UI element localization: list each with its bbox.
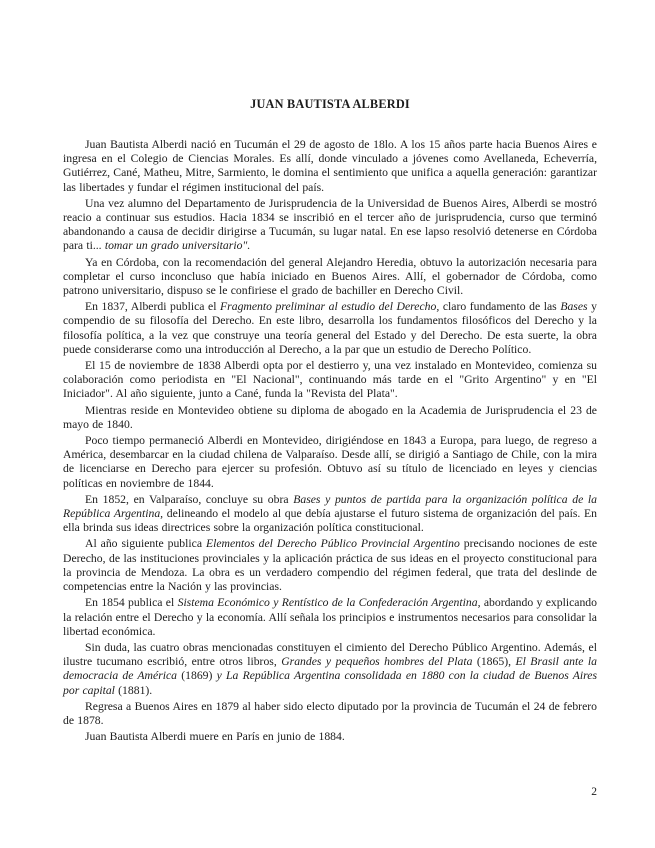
text-run: En 1854 publica el [85,596,178,609]
italic-text-run: Bases [560,300,587,313]
text-run: Al año siguiente publica [85,537,206,550]
paragraph: Al año siguiente publica Elementos del D… [63,537,597,594]
paragraph: En 1837, Alberdi publica el Fragmento pr… [63,300,597,357]
text-run: Regresa a Buenos Aires en 1879 al haber … [63,700,597,727]
paragraph: Una vez alumno del Departamento de Juris… [63,197,597,254]
paragraph: Juan Bautista Alberdi muere en París en … [63,730,597,744]
paragraph: El 15 de noviembre de 1838 Alberdi opta … [63,359,597,402]
text-run: (1865), [472,655,515,668]
italic-text-run: Fragmento preliminar al estudio del Dere… [220,300,439,313]
page-number: 2 [63,786,597,798]
document-body: Juan Bautista Alberdi nació en Tucumán e… [63,138,597,746]
italic-text-run: tomar un grado universitario". [105,239,250,252]
text-run: En 1852, en Valparaíso, concluye su obra [85,493,293,506]
text-run: El 15 de noviembre de 1838 Alberdi opta … [63,359,597,400]
paragraph: Regresa a Buenos Aires en 1879 al haber … [63,700,597,728]
text-run: Poco tiempo permaneció Alberdi en Montev… [63,434,597,490]
text-run: claro fundamento de las [439,300,560,313]
italic-text-run: Elementos del Derecho Público Provincial… [206,537,460,550]
italic-text-run: Sistema Económico y Rentístico de la Con… [178,596,481,609]
text-run: Mientras reside en Montevideo obtiene su… [63,404,597,431]
text-run: Juan Bautista Alberdi nació en Tucumán e… [63,138,597,194]
paragraph: Poco tiempo permaneció Alberdi en Montev… [63,434,597,491]
paragraph: Juan Bautista Alberdi nació en Tucumán e… [63,138,597,195]
text-run: Juan Bautista Alberdi muere en París en … [85,730,345,743]
paragraph: Ya en Córdoba, con la recomendación del … [63,256,597,299]
text-run: (1881). [115,684,152,697]
page-title: JUAN BAUTISTA ALBERDI [63,97,597,112]
text-run: (1869) [177,669,217,682]
paragraph: Sin duda, las cuatro obras mencionadas c… [63,641,597,698]
text-run: En 1837, Alberdi publica el [85,300,220,313]
paragraph: En 1854 publica el Sistema Económico y R… [63,596,597,639]
document-page: JUAN BAUTISTA ALBERDI Juan Bautista Albe… [0,0,655,848]
italic-text-run: Grandes y pequeños hombres del Plata [281,655,472,668]
paragraph: Mientras reside en Montevideo obtiene su… [63,404,597,432]
paragraph: En 1852, en Valparaíso, concluye su obra… [63,493,597,536]
text-run: Ya en Córdoba, con la recomendación del … [63,256,597,297]
